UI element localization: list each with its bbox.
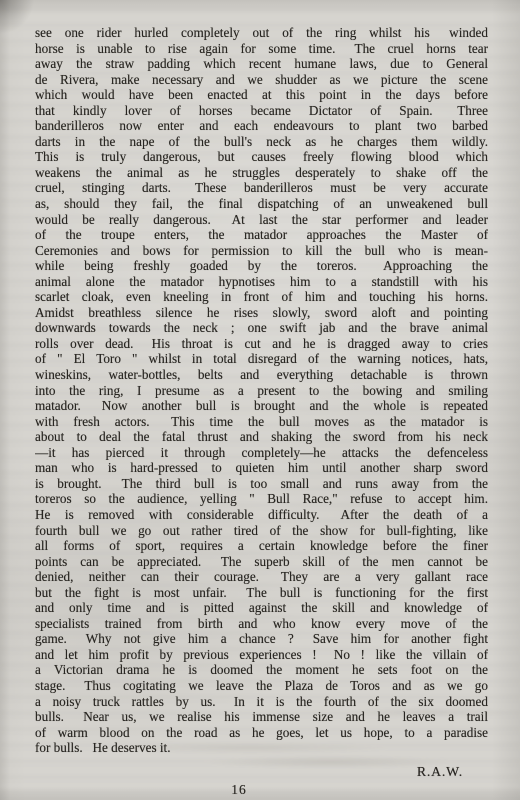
text-line: toreros so the audience, yelling " Bull … <box>35 491 488 507</box>
author-signature: R.A.W. <box>417 764 463 780</box>
text-line: and only time and is pitted against the … <box>35 600 488 616</box>
text-line: de Rivera, make necessary and we shudder… <box>35 72 488 88</box>
text-line: and let him profit by previous experienc… <box>35 647 488 663</box>
text-line: all forms of sport, requires a certain k… <box>35 538 488 554</box>
text-line: rolls over dead. His throat is cut and h… <box>35 336 488 352</box>
text-line: about to deal the fatal thrust and shaki… <box>35 429 488 445</box>
text-line: which would have been enacted at this po… <box>35 87 488 103</box>
text-line: fourth bull we go out rather tired of th… <box>35 523 488 539</box>
text-line: into the ring, I presume as a present to… <box>35 383 488 399</box>
text-line: for bulls. He deserves it. <box>35 740 488 756</box>
text-line: scarlet cloak, even kneeling in front of… <box>35 289 488 305</box>
text-line: He is removed with considerable difficul… <box>35 507 488 523</box>
text-line: a noisy truck rattles by us. In it is th… <box>35 694 488 710</box>
text-line: with fresh actors. This time the bull mo… <box>35 414 488 430</box>
text-line: is brought. The third bull is too small … <box>35 476 488 492</box>
text-line: denied, neither can their courage. They … <box>35 569 488 585</box>
text-line: Amidst breathless silence he rises slowl… <box>35 305 488 321</box>
text-line: of " El Toro " whilst in total disregard… <box>35 351 488 367</box>
text-line: banderilleros now enter and each endeavo… <box>35 118 488 134</box>
text-line: Ceremonies and bows for permission to ki… <box>35 243 488 259</box>
text-line: cruel, stinging darts. These banderiller… <box>35 180 488 196</box>
text-line: animal alone the matador hypnotises him … <box>35 274 488 290</box>
text-line: points can be appreciated. The superb sk… <box>35 554 488 570</box>
text-line: see one rider hurled completely out of t… <box>35 25 488 41</box>
text-line: downwards towards the neck ; one swift j… <box>35 320 488 336</box>
text-line: horse is unable to rise again for some t… <box>35 41 488 57</box>
text-line: stage. Thus cogitating we leave the Plaz… <box>35 678 488 694</box>
text-line: —it has pierced it through completely—he… <box>35 445 488 461</box>
text-line: would be really dangerous. At last the s… <box>35 212 488 228</box>
text-line: matador. Now another bull is brought and… <box>35 398 488 414</box>
page-number: 16 <box>219 782 259 798</box>
text-line: This is truly dangerous, but causes free… <box>35 149 488 165</box>
text-line: weakens the animal as he struggles despe… <box>35 165 488 181</box>
text-line: away the straw padding which recent huma… <box>35 56 488 72</box>
text-line: bulls. Near us, we realise his immense s… <box>35 709 488 725</box>
text-line: man who is hard-pressed to quieten him u… <box>35 460 488 476</box>
text-line: specialists trained from birth and who k… <box>35 616 488 632</box>
body-text: see one rider hurled completely out of t… <box>35 25 488 756</box>
text-line: that kindly lover of horses became Dicta… <box>35 103 488 119</box>
text-line: but the fight is most unfair. The bull i… <box>35 585 488 601</box>
text-line: game. Why not give him a chance ? Save h… <box>35 631 488 647</box>
text-line: of the troupe enters, the matador approa… <box>35 227 488 243</box>
text-line: while being freshly goaded by the torero… <box>35 258 488 274</box>
text-line: darts in the nape of the bull's neck as … <box>35 134 488 150</box>
text-line: a Victorian drama he is doomed the momen… <box>35 662 488 678</box>
text-line: of warm blood on the road as he goes, le… <box>35 725 488 741</box>
text-line: as, should they fail, the final dispatch… <box>35 196 488 212</box>
text-line: wineskins, water-bottles, belts and ever… <box>35 367 488 383</box>
scanned-book-page: see one rider hurled completely out of t… <box>0 0 520 800</box>
